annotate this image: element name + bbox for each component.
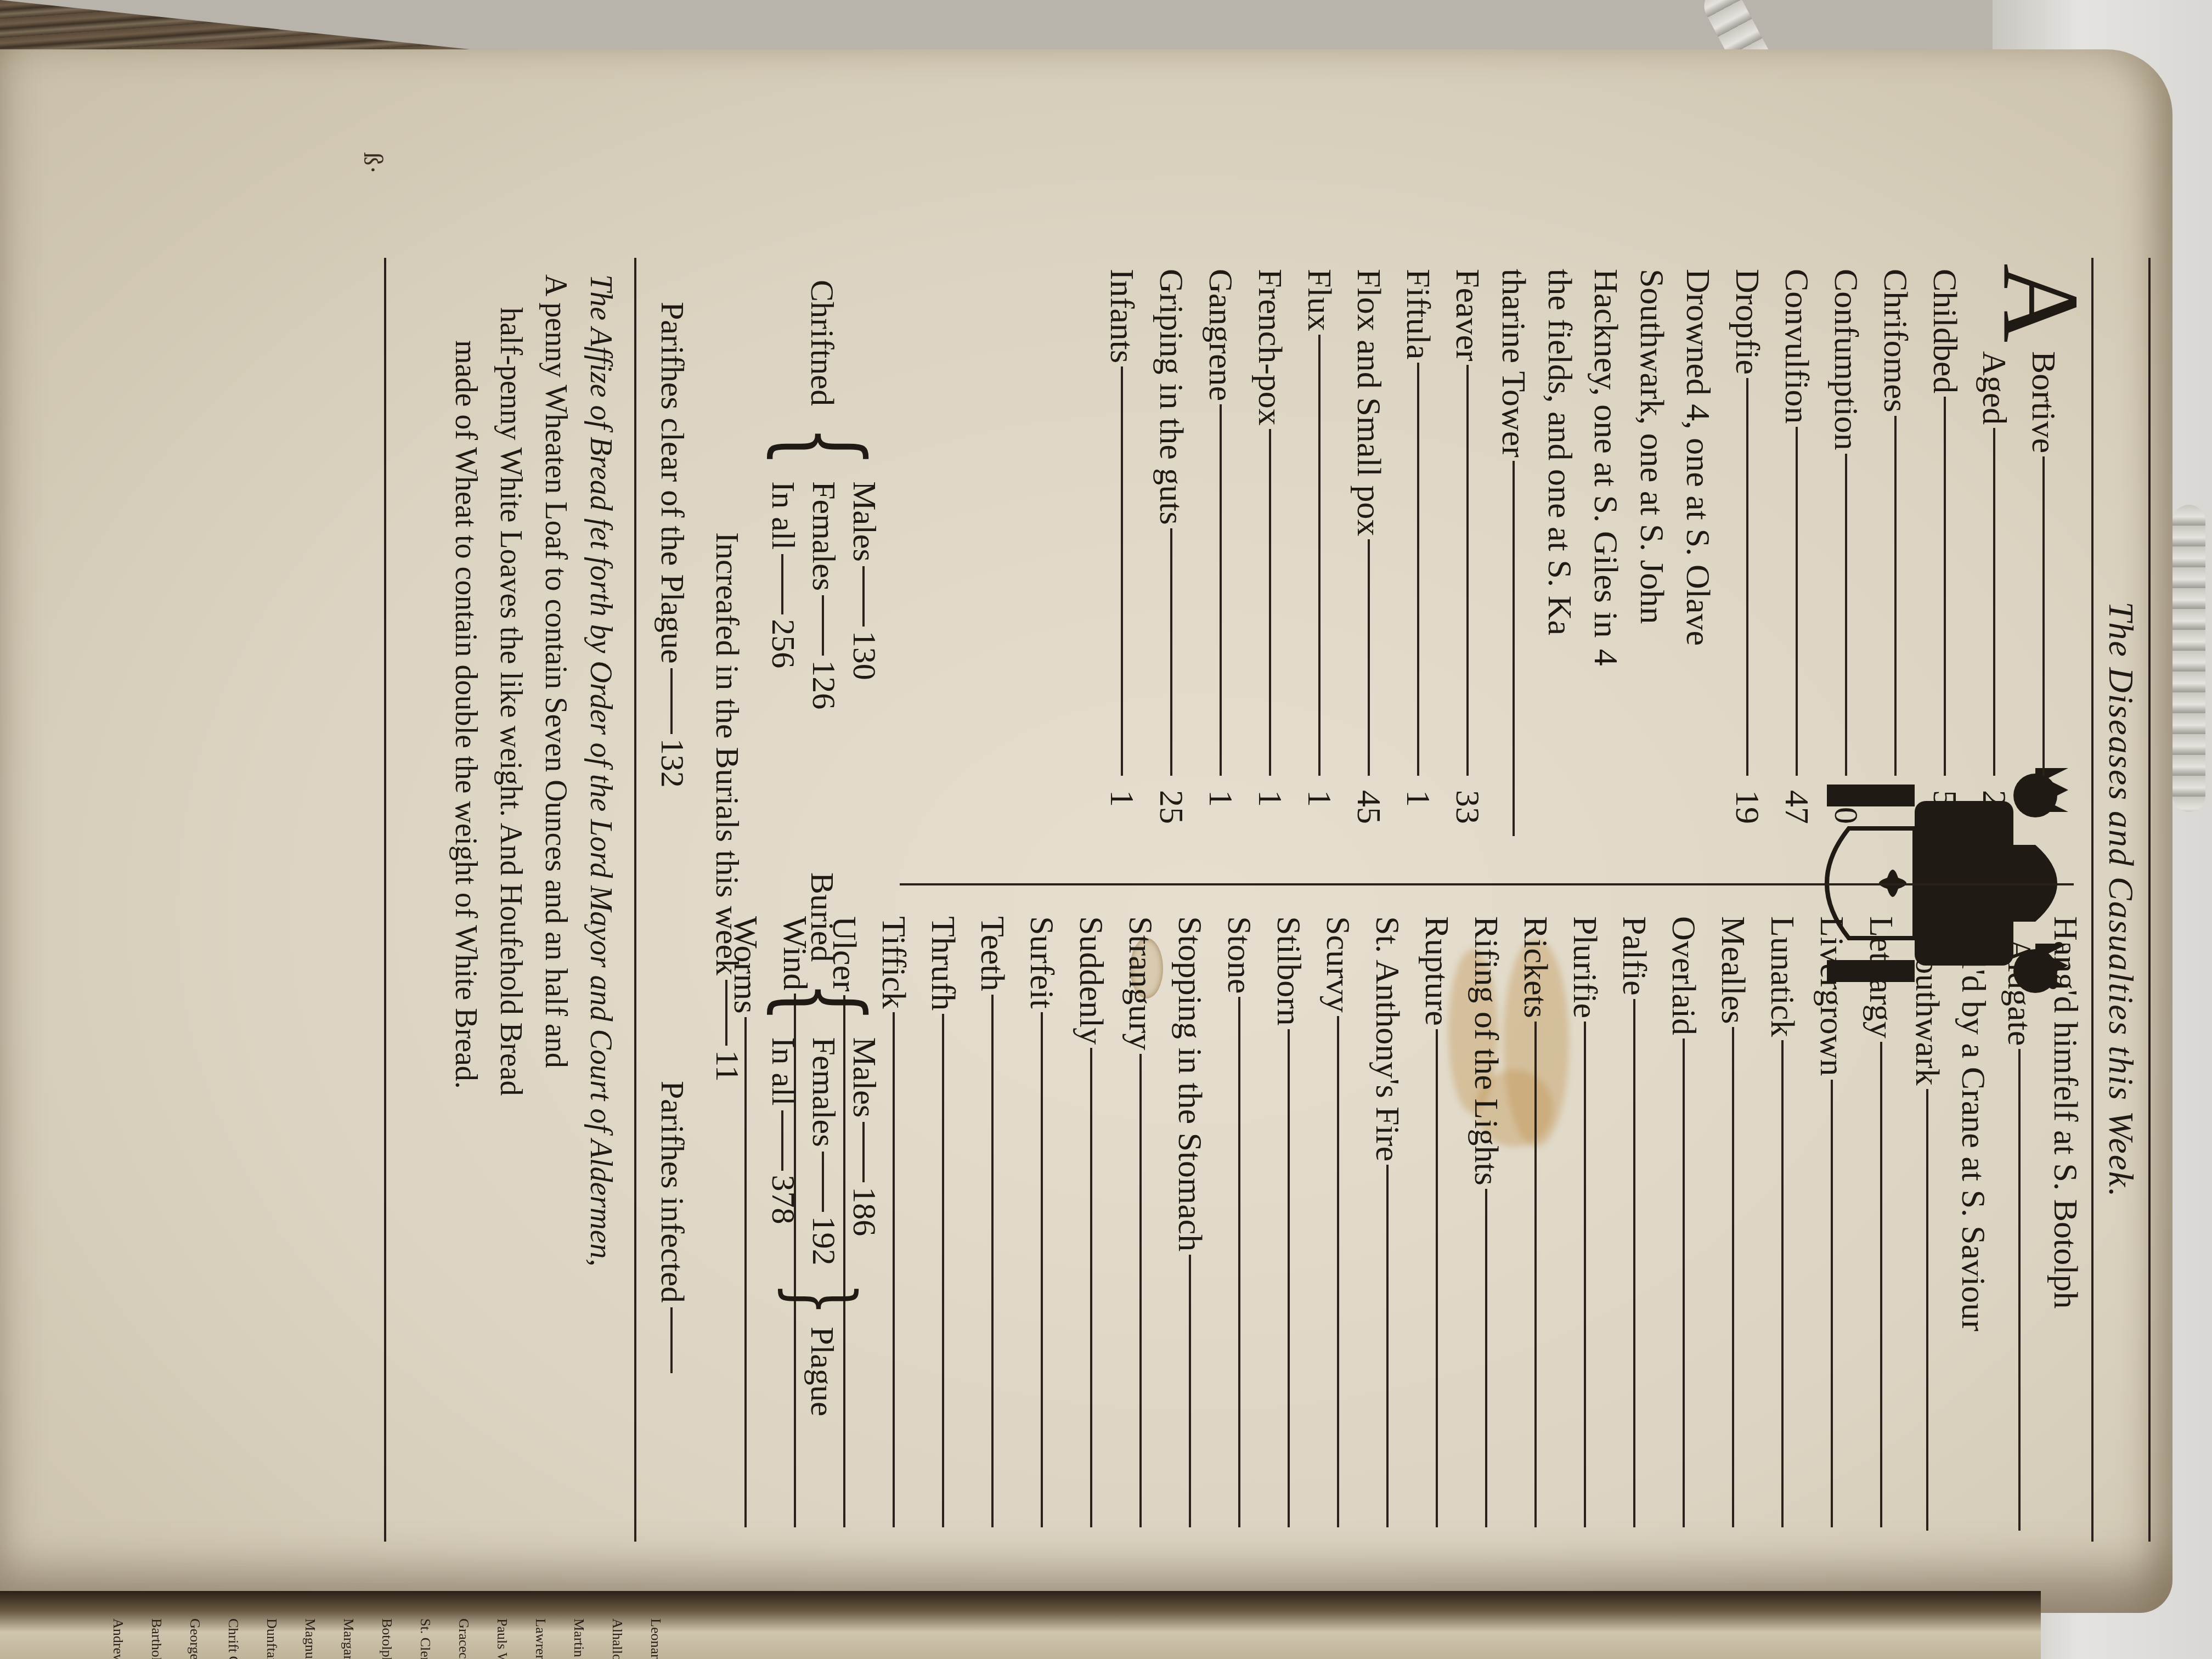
list-item: Gangrene1 — [1190, 269, 1240, 839]
assize-of-bread-notice: The Affize of Bread fet forth by Order o… — [384, 258, 636, 1542]
list-item: Rifing of the Lights — [1456, 916, 1505, 1531]
list-item: Aged24 — [1964, 269, 2013, 839]
list-item: Stone — [1209, 916, 1259, 1531]
list-item: Fiftula1 — [1388, 269, 1437, 839]
list-item: Lunatick — [1752, 916, 1802, 1531]
list-item: Mealles — [1703, 916, 1752, 1531]
list-item: Rupture — [1407, 916, 1456, 1531]
list-item: Rickets — [1505, 916, 1555, 1531]
list-item: Scurvy — [1308, 916, 1357, 1531]
list-item: Plurifie — [1555, 916, 1604, 1531]
title-bar: The Diseases and Casualties this Week. — [2091, 258, 2151, 1542]
list-item: Convulfion47 — [1767, 269, 1816, 839]
list-item: Stilborn — [1259, 916, 1308, 1531]
facing-page-edge: Andrew Holb Bartholome George Boro Chrif… — [0, 1591, 2041, 1659]
list-item: St. Anthony's Fire — [1357, 916, 1407, 1531]
diseases-right-column: Hang'd himfelf at S. Botolph Aldgate Kil… — [715, 916, 2085, 1531]
list-item: Stopping in the Stomach — [1160, 916, 1209, 1531]
list-item-drowned: Drowned 4, one at S. Olave Southwark, on… — [1487, 269, 1717, 839]
page-title: The Diseases and Casualties this Week. — [2101, 602, 2141, 1198]
list-item: Infants1 — [1092, 269, 1141, 839]
list-item-killed: Kill'd by a Crane at S. Saviour Southwar… — [1900, 916, 1993, 1531]
list-item: Strangury — [1110, 916, 1160, 1531]
list-item: Teeth — [962, 916, 1012, 1531]
list-item: Palfie — [1604, 916, 1654, 1531]
column-divider — [900, 883, 2074, 885]
brace-icon: { — [768, 981, 877, 1023]
increased-burials: Increafed in the Burials this week11 — [708, 532, 746, 1082]
list-item-hanged: Hang'd himfelf at S. Botolph Aldgate — [1993, 916, 2085, 1531]
list-item: Confumption70 — [1816, 269, 1865, 839]
list-item: Thrufh — [913, 916, 962, 1531]
list-item: Childbed5 — [1915, 269, 1964, 839]
list-item: Suddenly — [1061, 916, 1110, 1531]
list-item: Flox and Small pox45 — [1339, 269, 1388, 839]
list-item: Feaver33 — [1437, 269, 1487, 839]
christened-totals: Chriftned { Males130 Females126 In all25… — [761, 280, 883, 709]
bill-of-mortality: The Diseases and Casualties this Week. A… — [351, 236, 2162, 1564]
list-item: Flux1 — [1289, 269, 1339, 839]
list-item: Dropfie19 — [1717, 269, 1767, 839]
parishes-clear: Parifhes clear of the Plague132 — [653, 302, 691, 788]
list-item: A Bortive3 — [2013, 269, 2063, 839]
list-item: Chrifomes2 — [1865, 269, 1915, 839]
list-item: Surfeit — [1012, 916, 1061, 1531]
buried-totals: Buried { Males186 Females192 In all378 }… — [761, 872, 883, 1417]
list-item: Griping in the guts25 — [1141, 269, 1190, 839]
drop-cap: A — [1986, 263, 2096, 342]
parishes-infected: Parifhes infected — [653, 1081, 691, 1378]
brace-icon: } — [778, 1282, 866, 1316]
list-item: Lethargy — [1851, 916, 1900, 1531]
brace-icon: { — [768, 425, 877, 467]
list-item: Overlaid — [1654, 916, 1703, 1531]
list-item: French-pox1 — [1240, 269, 1289, 839]
diseases-left-column: A Bortive3 Aged24 Childbed5 Chrifomes2 C… — [1092, 269, 2063, 839]
bookmark-cord-end — [2172, 505, 2205, 812]
list-item: Livergrown — [1802, 916, 1851, 1531]
printer-mark: ß· — [358, 153, 388, 174]
